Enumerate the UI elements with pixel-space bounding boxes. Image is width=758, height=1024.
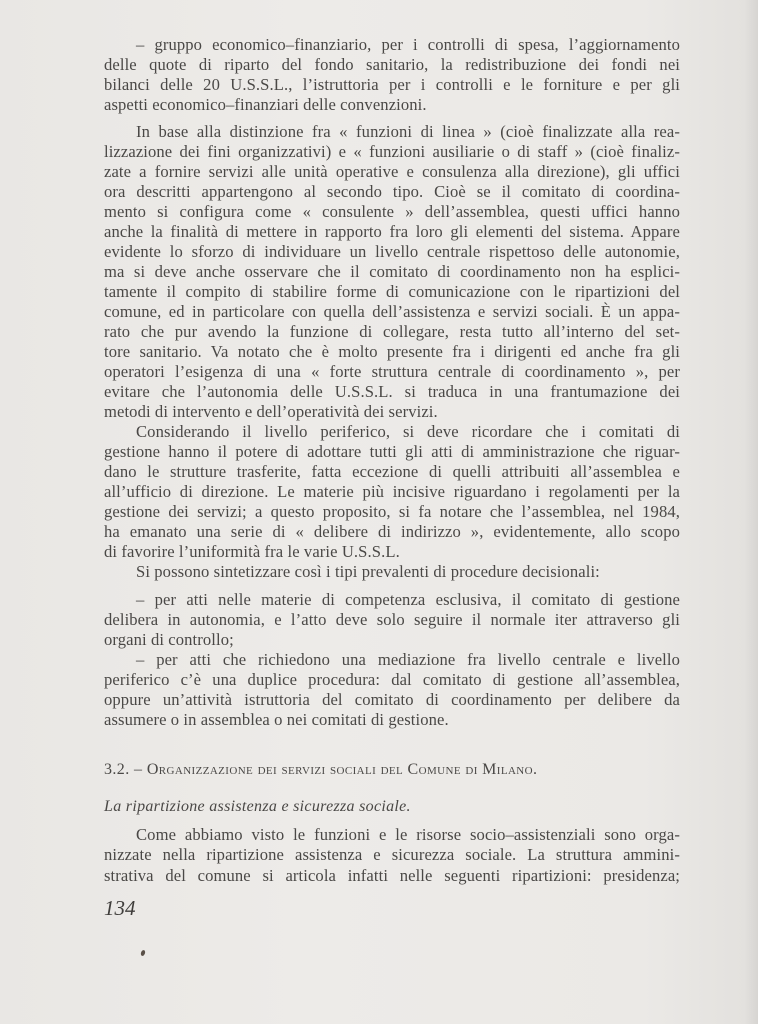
section-title: Organizzazione dei servizi sociali del C… — [147, 761, 538, 778]
text-line: rato che pur avendo la funzione di colle… — [104, 322, 680, 342]
text-line: periferico c’è una duplice procedura: da… — [104, 670, 680, 690]
text-line: bilanci delle 20 U.S.S.L., l’istruttoria… — [104, 75, 680, 95]
text-line: – per atti nelle materie di competenza e… — [136, 590, 680, 610]
text-line: metodi di intervento e dell’operatività … — [104, 402, 680, 422]
text-line: oppure un’attività istruttoria del comit… — [104, 690, 680, 710]
text-line: all’ufficio di direzione. Le materie più… — [104, 482, 680, 502]
text-line: delle quote di riparto del fondo sanitar… — [104, 55, 680, 75]
section-heading: 3.2. – Organizzazione dei servizi social… — [104, 760, 537, 780]
text-line: delibera in autonomia, e l’atto deve sol… — [104, 610, 680, 630]
text-line: evitare che l’autonomia delle U.S.S.L. s… — [104, 382, 680, 402]
text-line: operatori l’esigenza di una « forte stru… — [104, 362, 680, 382]
text-line: aspetti economico–finanziari delle conve… — [104, 95, 680, 115]
text-line: mento si configura come « consulente » d… — [104, 202, 680, 222]
text-line: – gruppo economico–finanziario, per i co… — [136, 35, 680, 55]
page-edge-shadow — [744, 0, 758, 1024]
text-line: strativa del comune si articola infatti … — [104, 866, 680, 886]
text-line: organi di controllo; — [104, 630, 680, 650]
text-line: Considerando il livello periferico, si d… — [136, 422, 680, 442]
text-line: zate a fornire servizi alle unità operat… — [104, 162, 680, 182]
text-line: assumere o in assemblea o nei comitati d… — [104, 710, 680, 730]
scanned-page: – gruppo economico–finanziario, per i co… — [0, 0, 758, 1024]
text-line: In base alla distinzione fra « funzioni … — [136, 122, 680, 142]
text-line: di favorire l’uniformità fra le varie U.… — [104, 542, 680, 562]
text-line: tamente il compito di stabilire forme di… — [104, 282, 680, 302]
text-line: gestione hanno il potere di adottare tut… — [104, 442, 680, 462]
ink-speck — [140, 949, 146, 956]
section-number: 3.2. – — [104, 761, 142, 778]
text-line: ora descritti appartengono al secondo ti… — [104, 182, 680, 202]
text-line: evidente lo sforzo di individuare un liv… — [104, 242, 680, 262]
text-line: comune, ed in particolare con quella del… — [104, 302, 680, 322]
text-line: ma si deve anche osservare che il comita… — [104, 262, 680, 282]
text-line: gestione dei servizi; a questo proposito… — [104, 502, 680, 522]
text-line: tore sanitario. Va notato che è molto pr… — [104, 342, 680, 362]
text-line: Si possono sintetizzare così i tipi prev… — [136, 562, 680, 582]
text-line: anche la finalità di mettere in rapporto… — [104, 222, 680, 242]
text-line: ha emanato una serie di « delibere di in… — [104, 522, 680, 542]
text-line: Come abbiamo visto le funzioni e le riso… — [136, 825, 680, 845]
text-line: nizzate nella ripartizione assistenza e … — [104, 845, 680, 865]
page-number: 134 — [104, 896, 136, 921]
text-line: dano le strutture trasferite, fatta ecce… — [104, 462, 680, 482]
text-line: lizzazione dei fini organizzativi) e « f… — [104, 142, 680, 162]
text-line: – per atti che richiedono una mediazione… — [136, 650, 680, 670]
subsection-heading: La ripartizione assistenza e sicurezza s… — [104, 797, 411, 817]
